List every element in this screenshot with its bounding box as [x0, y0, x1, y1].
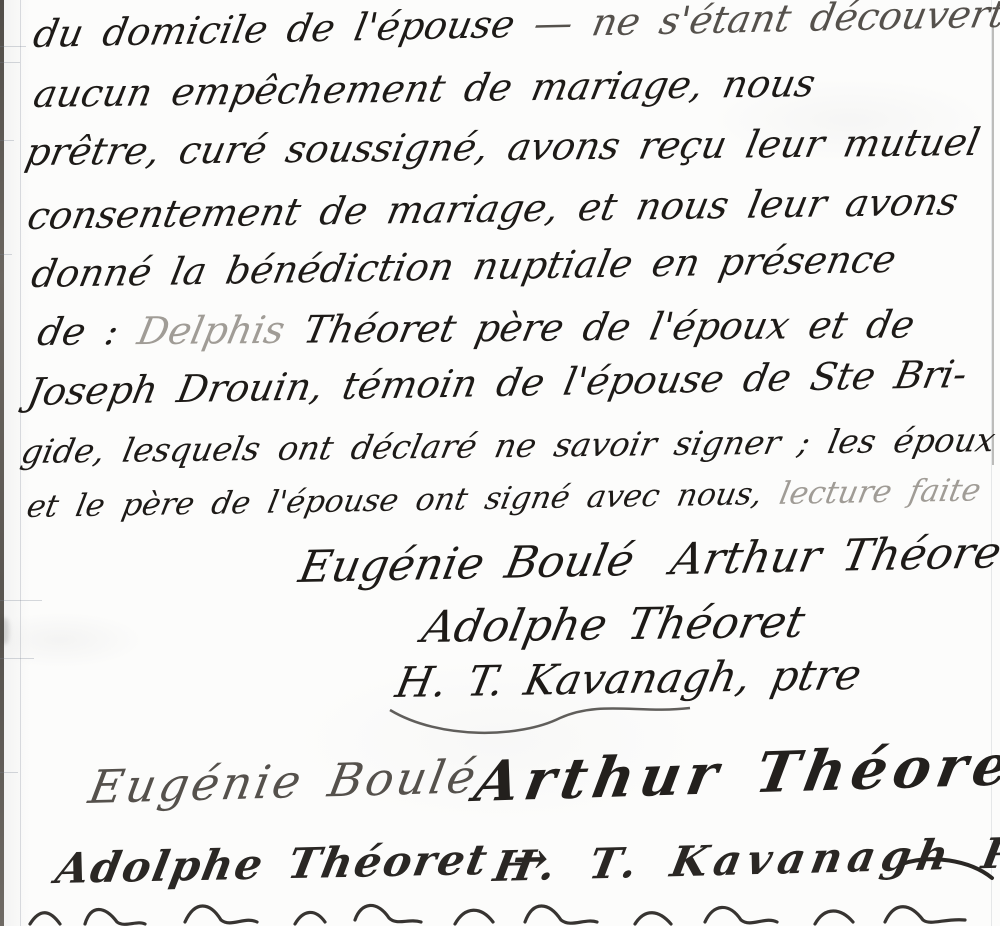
line-8-segment-a: gide, lesquels ont déclaré ne savoir sig… [18, 420, 999, 471]
line-9-segment-a: et le père de l'épouse ont signé avec no… [24, 476, 784, 525]
line-3-segment-a: prêtre, curé soussigné, avons reçu leur … [22, 120, 984, 174]
register-signature-row-1: Eugénie BouléArthur Théoret [295, 529, 1000, 592]
line-6-segment-a: de : [34, 309, 143, 354]
ruled-line [0, 46, 26, 47]
autograph-signature-adolphe-theoret: Adolphe Théoret → [52, 836, 555, 892]
line-1-segment-a: du domicile de l'épouse [30, 2, 539, 56]
line-9-segment-b: lecture faite [776, 472, 983, 511]
clipped-handwriting-line [25, 898, 975, 926]
record-line-9: et le père de l'épouse ont signé avec no… [24, 473, 984, 524]
record-line-1: du domicile de l'épouse — ne s'étant déc… [30, 0, 1000, 56]
record-line-3: prêtre, curé soussigné, avons reçu leur … [22, 122, 983, 174]
line-4-segment-a: consentement de mariage, et nous leur av… [24, 179, 962, 238]
ruled-line [0, 772, 18, 773]
ruled-line [0, 140, 14, 141]
record-line-2: aucun empêchement de mariage, nous [30, 63, 819, 116]
pen-flourish [900, 852, 995, 892]
register-signature-adolphe-theoret: Adolphe Théoret [418, 597, 809, 653]
right-edge-line [992, 25, 994, 465]
ink-smudge [0, 618, 9, 644]
scanned-marriage-record-page: du domicile de l'épouse — ne s'étant déc… [0, 0, 1000, 926]
register-signature-kavanagh-priest: H. T. Kavanagh, ptre [392, 650, 866, 707]
ruled-line [0, 600, 42, 601]
signature-flourish [380, 700, 700, 740]
line-6-segment-b: Delphis [134, 308, 309, 353]
register-signature-row-3: H. T. Kavanagh, ptre [392, 652, 865, 706]
autograph-arthur-text: Arthur Théoret [470, 731, 1000, 815]
ruled-line [0, 254, 12, 255]
record-line-8: gide, lesquels ont déclaré ne savoir sig… [18, 422, 998, 470]
record-line-5: donné la bénédiction nuptiale en présenc… [28, 239, 900, 296]
signature-gap [631, 574, 669, 575]
record-line-6: de : Delphis Théoret père de l'époux et … [34, 304, 918, 353]
line-6-segment-c: Théoret père de l'époux et de [300, 302, 919, 351]
record-line-4: consentement de mariage, et nous leur av… [24, 181, 962, 237]
line-7-segment-a: Joseph Drouin, témoin de l'épouse de Ste… [24, 352, 971, 414]
autograph-adolphe-text: Adolphe Théoret → [52, 834, 555, 893]
register-signature-eugenie-boule: Eugénie Boulé [295, 535, 639, 593]
autograph-signature-arthur-theoret: Arthur Théoret [470, 734, 1000, 813]
ruled-line [0, 658, 34, 659]
autograph-signature-eugenie-boule: Eugénie Boulé [85, 751, 483, 812]
record-line-7: Joseph Drouin, témoin de l'épouse de Ste… [24, 354, 970, 414]
line-5-segment-a: donné la bénédiction nuptiale en présenc… [28, 237, 900, 296]
register-signature-arthur-theoret: Arthur Théoret [667, 527, 1000, 585]
autograph-eugenie-text: Eugénie Boulé [85, 749, 483, 814]
line-2-segment-a: aucun empêchement de mariage, nous [30, 61, 819, 116]
line-1-segment-b: — ne s'étant découvert [530, 0, 1000, 46]
page-binding-edge [0, 0, 4, 926]
ruled-line [0, 62, 20, 63]
register-signature-row-2: Adolphe Théoret [418, 599, 809, 653]
